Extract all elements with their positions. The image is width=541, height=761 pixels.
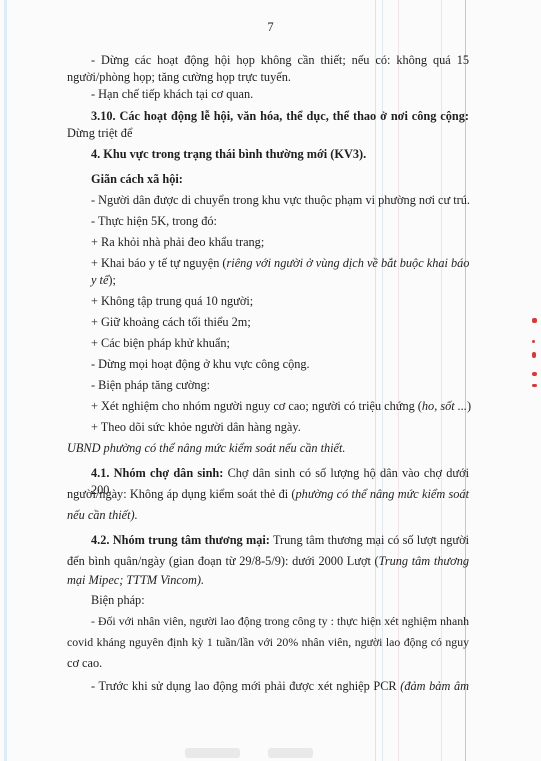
paragraph-line: người/ngày: Không áp dụng kiểm soát thẻ … [67, 486, 469, 503]
text-run: Trung tâm thương mại có số lượt người [270, 533, 469, 547]
list-item: + Không tập trung quá 10 người; [91, 293, 253, 310]
paragraph-line: nếu cần thiết). [67, 507, 138, 524]
paragraph-line: - Đối với nhân viên, người lao động tron… [91, 613, 469, 630]
paragraph-line: covid kháng nguyên định kỳ 1 tuần/lần vớ… [67, 634, 469, 651]
text-run: + Khai báo y tế tự nguyện ( [91, 256, 227, 270]
paragraph-line: cơ cao. [67, 655, 102, 672]
list-item: - Dừng mọi hoạt động ở khu vực công cộng… [91, 356, 310, 373]
bleed-through-smudge [185, 748, 240, 758]
text-run: ); [108, 273, 116, 287]
paragraph-line: Dừng triệt để [67, 125, 132, 142]
paragraph-line: - Dừng các hoạt động hội họp không cần t… [91, 52, 469, 69]
text-run: ) [467, 399, 471, 413]
list-item: + Ra khỏi nhà phải đeo khẩu trang; [91, 234, 264, 251]
text-run: + Xét nghiệm cho nhóm người nguy cơ cao;… [91, 399, 422, 413]
paragraph-line: - Trước khi sử dụng lao động mới phải đư… [91, 678, 469, 695]
paragraph-line: người/phòng họp; tăng cường họp trực tuy… [67, 69, 291, 86]
bleed-through-smudge [268, 748, 313, 758]
red-stamp-fragment [532, 352, 536, 358]
paragraph-line: Biện pháp: [91, 592, 145, 609]
section-heading-4-2: 4.2. Nhóm trung tâm thương mại: [91, 533, 270, 547]
scan-artifact-edge [4, 0, 7, 761]
list-item: + Theo dõi sức khỏe người dân hàng ngày. [91, 419, 301, 436]
text-run-italic: (đảm bảm âm [400, 679, 469, 693]
list-item: + Khai báo y tế tự nguyện (riêng với ngư… [91, 255, 469, 272]
list-item: + Xét nghiệm cho nhóm người nguy cơ cao;… [91, 398, 471, 415]
section-heading-3-10: 3.10. Các hoạt động lễ hội, văn hóa, thể… [91, 108, 469, 125]
section-heading-4: 4. Khu vực trong trạng thái bình thường … [91, 146, 366, 163]
list-item: + Giữ khoảng cách tối thiểu 2m; [91, 314, 251, 331]
red-stamp-fragment [532, 340, 535, 343]
text-run: - Trước khi sử dụng lao động mới phải đư… [91, 679, 400, 693]
note-line: UBND phường có thể nâng mức kiểm soát nế… [67, 440, 346, 457]
paragraph-line: đến bình quân/ngày (gian đoạn từ 29/8-5/… [67, 553, 469, 570]
paragraph-line: - Hạn chế tiếp khách tại cơ quan. [91, 86, 253, 103]
list-item: - Biện pháp tăng cường: [91, 377, 210, 394]
page-number: 7 [0, 20, 541, 35]
red-stamp-fragment [532, 318, 537, 323]
text-run: người/ngày: Không áp dụng kiểm soát thẻ … [67, 487, 296, 501]
text-run-italic: y tế [91, 273, 108, 287]
list-item: + Các biện pháp khử khuẩn; [91, 335, 230, 352]
list-item: - Người dân được di chuyển trong khu vực… [91, 192, 470, 209]
list-item-continuation: y tế); [91, 272, 116, 289]
document-page: 7 - Dừng các hoạt động hội họp không cần… [0, 0, 541, 761]
red-stamp-fragment [532, 384, 537, 387]
text-run: đến bình quân/ngày (gian đoạn từ 29/8-5/… [67, 554, 379, 568]
section-4-2-line: 4.2. Nhóm trung tâm thương mại: Trung tâ… [91, 532, 469, 549]
red-stamp-fragment [532, 372, 537, 376]
text-run-italic: phường có thể nâng mức kiểm soát [296, 487, 469, 501]
text-run-italic: riêng với người ở vùng dịch về bắt buộc … [227, 256, 470, 270]
paragraph-line: mại Mipec; TTTM Vincom). [67, 572, 204, 589]
text-run-italic: ho, sốt ... [422, 399, 467, 413]
list-item: - Thực hiện 5K, trong đó: [91, 213, 217, 230]
text-run-italic: Trung tâm thương [379, 554, 469, 568]
subheading-social-distancing: Giãn cách xã hội: [91, 171, 183, 188]
section-heading-4-1: 4.1. Nhóm chợ dân sinh: [91, 466, 223, 480]
